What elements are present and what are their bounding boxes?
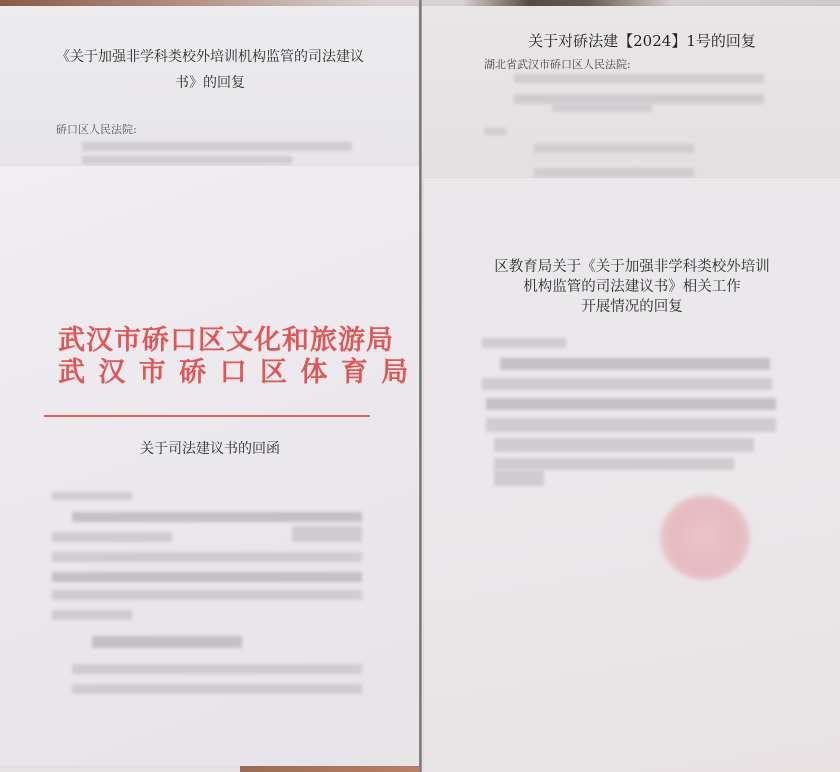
redacted-text <box>494 458 734 470</box>
issuer-name-line2: 武 汉 市 硚 口 区 体 育 局 <box>58 356 410 390</box>
document-right-bottom: 区教育局关于《关于加强非学科类校外培训 机构监管的司法建议书》相关工作 开展情况… <box>424 178 840 772</box>
redacted-text <box>494 438 754 452</box>
redacted-text <box>486 418 776 432</box>
redacted-text <box>52 590 362 600</box>
redacted-text <box>92 636 242 648</box>
document-title-line2: 机构监管的司法建议书》相关工作 <box>444 276 820 298</box>
redacted-text <box>52 532 172 542</box>
redacted-text <box>514 74 764 83</box>
redacted-text <box>72 664 362 674</box>
redacted-text <box>82 142 352 151</box>
redacted-text <box>552 104 652 112</box>
redacted-text <box>52 610 132 620</box>
official-seal <box>660 495 750 580</box>
header-divider <box>44 415 370 417</box>
redacted-text <box>486 398 776 410</box>
addressee: 硚口区人民法院: <box>56 121 137 137</box>
document-right-top: 关于对硚法建【2024】1号的回复 湖北省武汉市硚口区人民法院: <box>422 6 840 196</box>
document-left-top: 《关于加强非学科类校外培训机构监管的司法建议 书》的回复 硚口区人民法院: <box>0 6 418 176</box>
document-title: 关于对硚法建【2024】1号的回复 <box>492 30 792 52</box>
document-title-line1: 区教育局关于《关于加强非学科类校外培训 <box>444 256 820 278</box>
redacted-text <box>52 572 362 582</box>
redacted-text <box>534 168 694 177</box>
redacted-text <box>494 470 544 486</box>
redacted-text <box>482 338 566 348</box>
document-left-bottom: 武汉市硚口区文化和旅游局 武 汉 市 硚 口 区 体 育 局 关于司法建议书的回… <box>0 166 420 766</box>
document-title-line1: 《关于加强非学科类校外培训机构监管的司法建议 <box>20 46 400 68</box>
redacted-text <box>500 358 770 370</box>
addressee: 湖北省武汉市硚口区人民法院: <box>484 56 631 72</box>
document-title-line3: 开展情况的回复 <box>444 296 820 318</box>
redacted-text <box>482 378 772 390</box>
redacted-text <box>292 526 362 542</box>
redacted-text <box>82 156 292 164</box>
redacted-text <box>52 552 362 562</box>
document-subject: 关于司法建议书的回函 <box>60 438 360 460</box>
page-divider <box>419 0 422 772</box>
document-title-line2: 书》的回复 <box>20 72 400 94</box>
redacted-text <box>72 512 362 522</box>
redacted-text <box>484 128 506 135</box>
redacted-text <box>514 94 764 104</box>
redacted-text <box>52 492 132 500</box>
redacted-text <box>534 144 694 153</box>
redacted-text <box>72 684 362 694</box>
issuer-name-line1: 武汉市硚口区文化和旅游局 <box>58 324 394 358</box>
